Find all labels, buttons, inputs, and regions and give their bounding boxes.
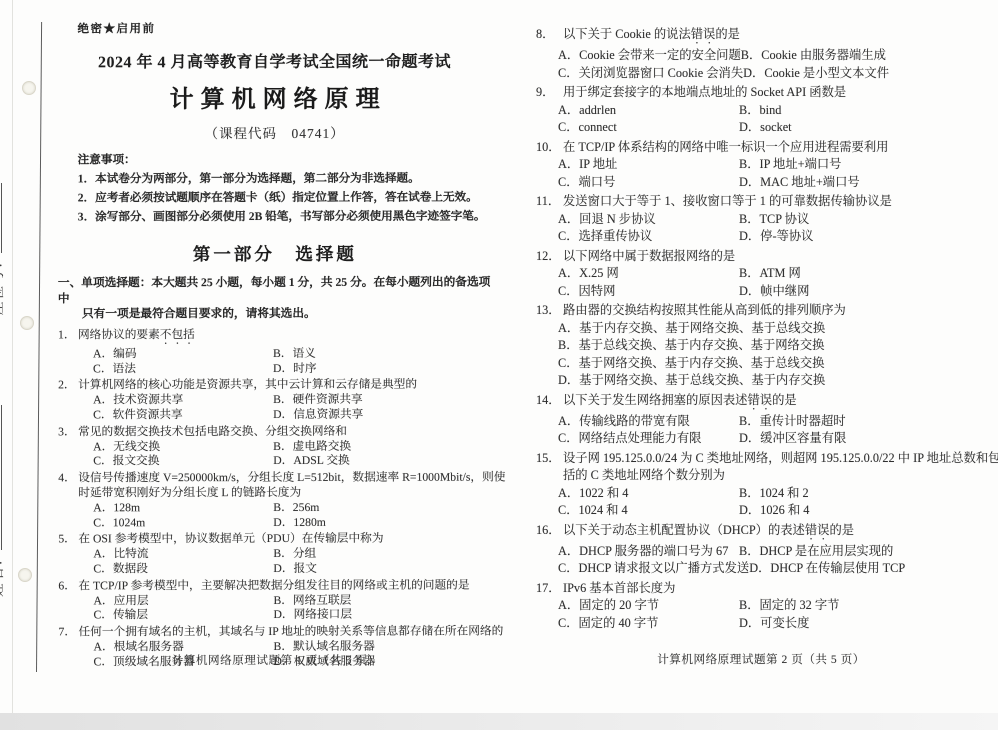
option-row: C．关闭浏览器窗口 Cookie 会消失D．Cookie 是小型文本文件: [536, 65, 986, 83]
question-number: 8．: [536, 26, 563, 44]
question-number: 5．: [58, 533, 78, 548]
question-number: 11．: [536, 193, 563, 211]
option: A．编码: [93, 347, 273, 362]
option: A．1022 和 4: [558, 485, 739, 503]
option: A．addrlen: [558, 102, 739, 120]
option: C．报文交换: [93, 454, 273, 469]
question-2: 2．计算机网络的核心功能是资源共享，其中云计算和云存储是典型的A．技术资源共享B…: [58, 378, 492, 423]
question-11: 11．发送窗口大于等于 1、接收窗口等于 1 的可靠数据传输协议是A．回退 N …: [536, 193, 986, 246]
option: A．128m: [93, 501, 273, 516]
option: D．Cookie 是小型文本文件: [743, 65, 889, 83]
stem-text: 常见的数据交换技术包括电路交换、分组交换网络和: [78, 425, 347, 438]
option: D．停-等协议: [739, 228, 813, 246]
stem-text: 在 TCP/IP 体系结构的网络中唯一标识一个应用进程需要利用: [563, 140, 888, 154]
option: B．IP 地址+端口号: [739, 156, 841, 174]
option: B．虚电路交换: [273, 439, 351, 454]
exam-page-2: 8．以下关于 Cookie 的说法错误的是A．Cookie 会带来一定的安全问题…: [536, 26, 986, 686]
option: C．软件资源共享: [93, 408, 273, 423]
option: A．应用层: [93, 594, 273, 609]
stem-text: IPv6 基本首部长度为: [563, 581, 675, 595]
exam-session-title: 2024 年 4 月高等教育自学考试全国统一命题考试: [57, 49, 491, 73]
stem-text: 的是: [829, 523, 854, 537]
option: C．1024 和 4: [558, 502, 739, 520]
option-row: C．报文交换D．ADSL 交换: [58, 454, 492, 470]
question-number: 6．: [58, 579, 78, 594]
option: B．DHCP 是在应用层实现的: [739, 543, 893, 561]
emphasized-text: 错误: [691, 27, 716, 41]
option: D．报文: [273, 562, 317, 577]
option-row: A．技术资源共享B．硬件资源共享: [58, 393, 492, 409]
option-row: A．Cookie 会带来一定的安全问题B．Cookie 由服务器端生成: [536, 47, 986, 65]
section-title: 第一部分 选择题: [58, 241, 492, 267]
option-row: A．基于内存交换、基于网络交换、基于总线交换: [536, 320, 986, 338]
option-row: C．基于网络交换、基于内存交换、基于总线交换: [536, 355, 986, 373]
option: B．分组: [273, 547, 316, 562]
notice-title: 注意事项：: [78, 151, 492, 168]
stem-text: 在 TCP/IP 参考模型中，主要解决把数据分组发往目的网络或主机的问题的是: [78, 578, 469, 592]
stem-text: 网络协议的要素: [78, 328, 160, 341]
option: B．256m: [273, 501, 319, 516]
option: C．传输层: [93, 608, 273, 623]
question-stem-line: 2．计算机网络的核心功能是资源共享，其中云计算和云存储是典型的: [58, 378, 492, 394]
stem-text: 设子网 195.125.0.0/24 为 C 类地址网络，则超网 195.125…: [563, 451, 998, 465]
seat-number-blank: [0, 183, 2, 253]
option: B．ATM 网: [739, 265, 801, 283]
option: B．bind: [739, 102, 781, 120]
option-row: C．因特网D．帧中继网: [536, 283, 986, 301]
question-16: 16．以下关于动态主机配置协议（DHCP）的表述错误的是A．DHCP 服务器的端…: [536, 522, 986, 578]
option: A．IP 地址: [558, 156, 739, 174]
option: C．数据段: [93, 562, 273, 577]
scan-bottom-shadow: [0, 713, 998, 730]
question-1: 1．网络协议的要素不包括A．编码B．语义C．语法D．时序: [58, 327, 492, 376]
name-field: 姓名：: [0, 406, 6, 598]
option-row: D．基于网络交换、基于总线交换、基于内存交换: [536, 372, 986, 390]
option: A．传输线路的带宽有限: [558, 413, 739, 431]
option-row: A．1022 和 4B．1024 和 2: [536, 485, 986, 503]
question-stem-line: 14．以下关于发生网络拥塞的原因表述错误的是: [536, 392, 986, 413]
question-list-page-1: 1．网络协议的要素不包括A．编码B．语义C．语法D．时序2．计算机网络的核心功能…: [58, 327, 493, 669]
seat-number-label: 座位号：: [0, 253, 5, 315]
notice-item: 3．涂写部分、画图部分必须使用 2B 铅笔，书写部分必须使用黑色字迹签字笔。: [78, 207, 492, 227]
question-14: 14．以下关于发生网络拥塞的原因表述错误的是A．传输线路的带宽有限B．重传计时器…: [536, 392, 986, 448]
question-stem-line: 15．设子网 195.125.0.0/24 为 C 类地址网络，则超网 195.…: [536, 450, 986, 468]
instruction-line: 一、单项选择题：本大题共 25 小题，每小题 1 分，共 25 分。在每小题列出…: [58, 275, 492, 307]
notice-item: 2．应考者必须按试题顺序在答题卡（纸）指定位置上作答，答在试卷上无效。: [78, 188, 492, 208]
option: C．语法: [93, 362, 273, 377]
option-row: A．编码B．语义: [58, 346, 492, 362]
option: C．DHCP 请求报文以广播方式发送: [558, 560, 749, 578]
option: D．网络接口层: [273, 608, 352, 623]
option-row: A．传输线路的带宽有限B．重传计时器超时: [536, 413, 986, 431]
question-stem-line: 12．以下网络中属于数据报网络的是: [536, 248, 986, 266]
option-row: A．IP 地址B．IP 地址+端口号: [536, 156, 986, 174]
option-row: A．DHCP 服务器的端口号为 67B．DHCP 是在应用层实现的: [536, 543, 986, 561]
option-row: B．基于总线交换、基于内存交换、基于网络交换: [536, 337, 986, 355]
course-code: （课程代码 04741）: [58, 122, 492, 143]
question-12: 12．以下网络中属于数据报网络的是A．X.25 网B．ATM 网C．因特网D．帧…: [536, 248, 986, 301]
option: C．固定的 40 字节: [558, 615, 739, 633]
option: A．回退 N 步协议: [558, 211, 739, 229]
question-13: 13．路由器的交换结构按照其性能从高到低的排列顺序为A．基于内存交换、基于网络交…: [536, 302, 986, 390]
question-5: 5．在 OSI 参考模型中，协议数据单元（PDU）在传输层中称为A．比特流B．分…: [58, 532, 492, 577]
stem-text: 用于绑定套接字的本地端点地址的 Socket API 函数是: [563, 85, 846, 99]
option-row: C．DHCP 请求报文以广播方式发送D．DHCP 在传输层使用 TCP: [536, 560, 986, 578]
option: B．重传计时器超时: [739, 413, 846, 431]
question-number: 12．: [536, 248, 563, 266]
option-row: A．无线交换B．虚电路交换: [58, 439, 492, 455]
question-stem-line: 括的 C 类地址网络个数分别为: [536, 467, 986, 485]
emphasized-text: 不包括: [160, 328, 195, 341]
question-stem-line: 11．发送窗口大于等于 1、接收窗口等于 1 的可靠数据传输协议是: [536, 193, 986, 211]
stem-text: 设信号传播速度 V=250000km/s，分组长度 L=512bit，数据速率 …: [78, 471, 505, 485]
question-stem-line: 1．网络协议的要素不包括: [58, 327, 492, 347]
option: D．帧中继网: [739, 283, 809, 301]
option: A．技术资源共享: [93, 393, 273, 408]
question-number: 1．: [58, 328, 78, 343]
question-number: 9．: [536, 84, 563, 102]
question-15: 15．设子网 195.125.0.0/24 为 C 类地址网络，则超网 195.…: [536, 450, 986, 520]
exam-paper-scan: 座位号： 姓名： 绝密★启用前 2024 年 4 月高等教育自学考试全国统一命题…: [0, 0, 998, 730]
stem-text: 在 OSI 参考模型中，协议数据单元（PDU）在传输层中称为: [78, 532, 383, 546]
option-row: C．语法D．时序: [58, 361, 492, 377]
option: C．端口号: [558, 174, 739, 192]
option: D．ADSL 交换: [273, 454, 350, 469]
stem-text: 计算机网络的核心功能是资源共享，其中云计算和云存储是典型的: [78, 378, 417, 392]
option: D．1280m: [273, 515, 326, 530]
option-row: C．数据段D．报文: [58, 562, 492, 578]
exam-page-1: 绝密★启用前 2024 年 4 月高等教育自学考试全国统一命题考试 计算机网络原…: [57, 20, 492, 681]
option: D．信息资源共享: [273, 408, 363, 423]
question-number: 2．: [58, 379, 78, 394]
option: A．Cookie 会带来一定的安全问题: [558, 47, 741, 65]
option: C．connect: [558, 119, 739, 137]
question-4: 4．设信号传播速度 V=250000km/s，分组长度 L=512bit，数据速…: [58, 471, 492, 531]
question-number: 16．: [536, 522, 563, 540]
option: A．无线交换: [93, 440, 273, 455]
option: A．X.25 网: [558, 265, 739, 283]
stem-text: 以下网络中属于数据报网络的是: [563, 249, 735, 263]
paper-edge-line: [12, 0, 13, 730]
question-stem-line: 时延带宽积刚好为分组长度 L 的链路长度为: [58, 486, 492, 502]
option-row: C．端口号D．MAC 地址+端口号: [536, 174, 986, 192]
option: D．时序: [273, 362, 317, 377]
emphasized-text: 错误: [747, 393, 772, 407]
option: C．1024m: [93, 516, 273, 531]
option-row: C．1024 和 4D．1026 和 4: [536, 502, 986, 520]
option: A．比特流: [93, 547, 273, 562]
page-footer: 计算机网络原理试题第 2 页（共 5 页）: [536, 651, 986, 667]
name-blank: [0, 406, 2, 551]
option: C．网络结点处理能力有限: [558, 430, 739, 448]
stem-text: 任何一个拥有域名的主机，其域名与 IP 地址的映射关系等信息都存储在所在网络的: [78, 625, 503, 639]
option: B．TCP 协议: [739, 211, 809, 229]
option-row: A．128mB．256m: [58, 500, 492, 516]
seat-number-field: 座位号：: [0, 183, 6, 315]
question-9: 9．用于绑定套接字的本地端点地址的 Socket API 函数是A．addrle…: [536, 84, 986, 137]
stem-text: 以下关于 Cookie 的说法: [563, 27, 691, 41]
question-8: 8．以下关于 Cookie 的说法错误的是A．Cookie 会带来一定的安全问题…: [536, 26, 986, 82]
option: B．语义: [273, 347, 316, 362]
question-17: 17．IPv6 基本首部长度为A．固定的 20 字节B．固定的 32 字节C．固…: [536, 580, 986, 633]
option-row: C．选择重传协议D．停-等协议: [536, 228, 986, 246]
option-row: C．传输层D．网络接口层: [58, 608, 492, 624]
stem-text: 以下关于动态主机配置协议（DHCP）的表述: [563, 523, 805, 537]
option: A．基于内存交换、基于网络交换、基于总线交换: [558, 320, 825, 338]
page-footer: 计算机网络原理试题第 1 页（共 5 页）: [59, 652, 493, 669]
option: B．固定的 32 字节: [739, 597, 839, 615]
option: D．MAC 地址+端口号: [739, 174, 860, 192]
stem-text: 括的 C 类地址网络个数分别为: [563, 468, 725, 482]
option: B．硬件资源共享: [273, 393, 363, 408]
option: B．网络互联层: [273, 593, 351, 608]
instruction-block: 一、单项选择题：本大题共 25 小题，每小题 1 分，共 25 分。在每小题列出…: [58, 275, 492, 323]
question-number: 7．: [58, 625, 78, 640]
option: A．DHCP 服务器的端口号为 67: [558, 543, 739, 561]
question-10: 10．在 TCP/IP 体系结构的网络中唯一标识一个应用进程需要利用A．IP 地…: [536, 139, 986, 192]
question-stem-line: 4．设信号传播速度 V=250000km/s，分组长度 L=512bit，数据速…: [58, 471, 492, 487]
instruction-line: 只有一项是最符合题目要求的，请将其选出。: [58, 306, 492, 322]
option-row: A．固定的 20 字节B．固定的 32 字节: [536, 597, 986, 615]
question-stem-line: 17．IPv6 基本首部长度为: [536, 580, 986, 598]
subject-title: 计算机网络原理: [58, 79, 492, 115]
option-row: C．网络结点处理能力有限D．缓冲区容量有限: [536, 430, 986, 448]
question-number: 4．: [58, 471, 78, 486]
question-number: 10．: [536, 139, 563, 157]
option: D．可变长度: [739, 615, 809, 633]
option: D．基于网络交换、基于总线交换、基于内存交换: [558, 372, 825, 390]
option: B．1024 和 2: [739, 485, 809, 503]
question-stem-line: 6．在 TCP/IP 参考模型中，主要解决把数据分组发往目的网络或主机的问题的是: [58, 578, 492, 594]
option: D．socket: [739, 119, 792, 137]
name-label: 姓名：: [0, 551, 5, 598]
option-row: A．应用层B．网络互联层: [58, 593, 492, 609]
margin-fold-line: [36, 22, 42, 672]
question-number: 15．: [536, 450, 563, 468]
option-row: C．固定的 40 字节D．可变长度: [536, 615, 986, 633]
stem-text: 时延带宽积刚好为分组长度 L 的链路长度为: [78, 486, 301, 499]
question-6: 6．在 TCP/IP 参考模型中，主要解决把数据分组发往目的网络或主机的问题的是…: [58, 578, 492, 623]
question-stem-line: 7．任何一个拥有域名的主机，其域名与 IP 地址的映射关系等信息都存储在所在网络…: [58, 625, 492, 641]
question-stem-line: 13．路由器的交换结构按照其性能从高到低的排列顺序为: [536, 302, 986, 320]
stem-text: 发送窗口大于等于 1、接收窗口等于 1 的可靠数据传输协议是: [563, 194, 892, 208]
notice-item: 1．本试卷分为两部分，第一部分为选择题，第二部分为非选择题。: [78, 169, 492, 189]
option: C．选择重传协议: [558, 228, 739, 246]
option-row: C．connectD．socket: [536, 119, 986, 137]
question-number: 3．: [58, 425, 78, 440]
option-row: A．回退 N 步协议B．TCP 协议: [536, 211, 986, 229]
option: B．基于总线交换、基于内存交换、基于网络交换: [558, 337, 824, 355]
question-stem-line: 16．以下关于动态主机配置协议（DHCP）的表述错误的是: [536, 522, 986, 543]
option: D．DHCP 在传输层使用 TCP: [749, 560, 905, 578]
option: D．1026 和 4: [739, 502, 809, 520]
question-stem-line: 9．用于绑定套接字的本地端点地址的 Socket API 函数是: [536, 84, 986, 102]
option-row: C．1024mD．1280m: [58, 515, 492, 531]
question-stem-line: 3．常见的数据交换技术包括电路交换、分组交换网络和: [58, 424, 492, 440]
option: B．Cookie 由服务器端生成: [741, 47, 886, 65]
punch-hole: [18, 568, 32, 582]
option: A．固定的 20 字节: [558, 597, 739, 615]
question-stem-line: 8．以下关于 Cookie 的说法错误的是: [536, 26, 986, 47]
question-number: 13．: [536, 302, 563, 320]
option-row: A．比特流B．分组: [58, 547, 492, 563]
question-number: 17．: [536, 580, 563, 598]
punch-hole: [20, 316, 34, 330]
question-number: 14．: [536, 392, 563, 410]
stem-text: 的是: [772, 393, 797, 407]
option: C．基于网络交换、基于内存交换、基于总线交换: [558, 355, 824, 373]
question-stem-line: 5．在 OSI 参考模型中，协议数据单元（PDU）在传输层中称为: [58, 532, 492, 548]
question-3: 3．常见的数据交换技术包括电路交换、分组交换网络和A．无线交换B．虚电路交换C．…: [58, 424, 492, 469]
classification-banner: 绝密★启用前: [77, 20, 491, 37]
option: C．因特网: [558, 283, 739, 301]
option: D．缓冲区容量有限: [739, 430, 846, 448]
punch-hole: [22, 81, 36, 95]
question-stem-line: 10．在 TCP/IP 体系结构的网络中唯一标识一个应用进程需要利用: [536, 139, 986, 157]
option-row: A．addrlenB．bind: [536, 102, 986, 120]
question-list-page-2: 8．以下关于 Cookie 的说法错误的是A．Cookie 会带来一定的安全问题…: [536, 26, 986, 632]
stem-text: 路由器的交换结构按照其性能从高到低的排列顺序为: [563, 303, 846, 317]
option-row: C．软件资源共享D．信息资源共享: [58, 408, 492, 424]
stem-text: 的是: [715, 27, 740, 41]
option-row: A．X.25 网B．ATM 网: [536, 265, 986, 283]
stem-text: 以下关于发生网络拥塞的原因表述: [563, 393, 747, 407]
emphasized-text: 错误: [805, 523, 830, 537]
option: C．关闭浏览器窗口 Cookie 会消失: [558, 65, 743, 83]
